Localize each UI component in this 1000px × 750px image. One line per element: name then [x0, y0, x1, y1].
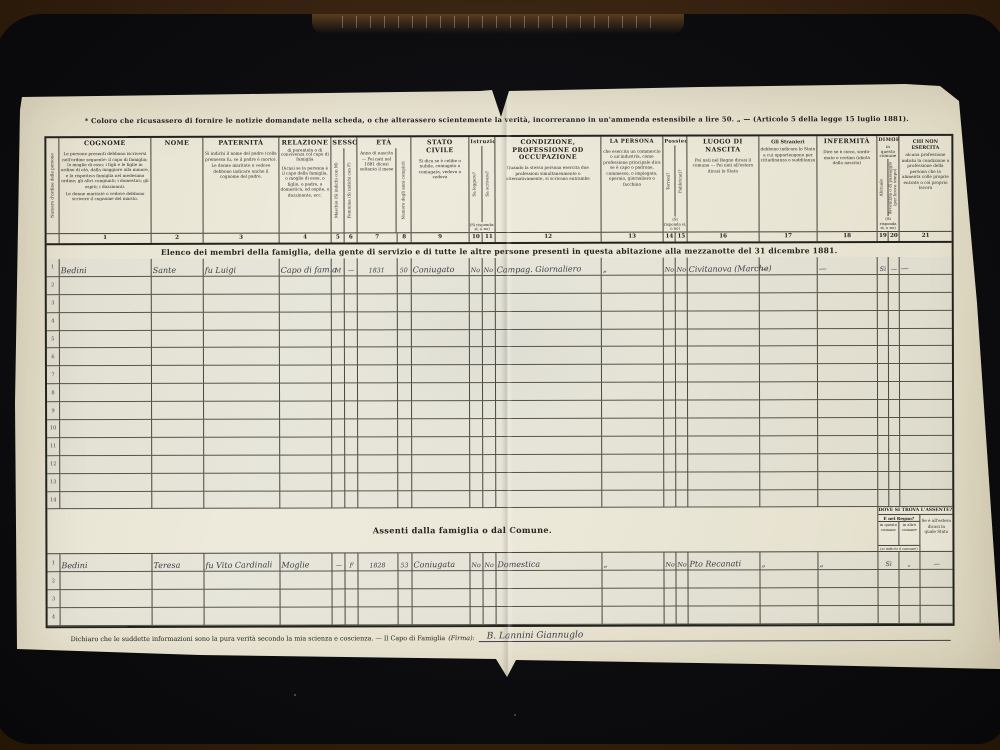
signature-line: B. Lannini Giannuglo	[479, 628, 951, 642]
data-cell	[602, 571, 664, 589]
stato-title: STATO CIVILE	[411, 137, 468, 155]
infermita-title: INFERMITÀ	[817, 136, 876, 147]
possiede-title: Possiede	[663, 137, 686, 146]
data-cell	[483, 365, 496, 383]
data-cell	[152, 402, 204, 420]
data-cell: —	[920, 552, 952, 570]
data-cell	[602, 401, 664, 419]
data-cell	[688, 571, 760, 589]
form-table: Numero d'ordine delle persone COGNOME Le…	[44, 134, 954, 629]
col-luogo-nascita-header: LUOGO DI NASCITA Pei nati nel Regno dica…	[687, 136, 759, 241]
data-cell	[60, 474, 152, 492]
data-cell	[281, 590, 333, 608]
data-cell	[60, 366, 152, 384]
column-number: 13	[602, 232, 663, 242]
handwritten-entry: No	[484, 267, 493, 274]
table-row: 4	[47, 311, 952, 331]
istruzione-title: Istruzione	[469, 137, 494, 146]
data-cell	[412, 572, 470, 590]
data-cell	[280, 437, 332, 455]
penalty-note: * Coloro che ricusassero di fornire le n…	[44, 115, 949, 125]
data-cell	[204, 276, 280, 294]
data-cell	[688, 275, 760, 293]
istruzione-note: (Si risponda: sì, o no)	[470, 222, 495, 232]
column-number: 7 8	[358, 232, 411, 242]
data-cell	[676, 454, 688, 472]
terreni-label: Terreni?	[666, 173, 671, 190]
handwritten-entry: Coniugato	[413, 265, 455, 275]
data-cell	[496, 347, 602, 365]
possiede-note: (Si risponda sì, o no)	[664, 217, 687, 232]
data-cell	[280, 455, 332, 473]
data-cell	[345, 348, 358, 366]
data-cell	[332, 294, 345, 312]
data-cell: „	[899, 552, 920, 570]
handwritten-entry: 1831	[369, 267, 385, 274]
data-cell	[602, 436, 664, 454]
handwritten-entry: fu Luigi	[205, 265, 236, 274]
handwritten-entry: —	[933, 561, 939, 568]
data-cell	[818, 418, 878, 436]
table-row: 11	[47, 436, 952, 456]
data-cell	[818, 570, 878, 588]
data-cell	[470, 312, 483, 330]
data-cell	[471, 608, 484, 626]
handwritten-entry: F	[349, 563, 353, 570]
luogo-desc: Pei nati nel Regno dicasi il comune — Pe…	[687, 154, 758, 231]
data-cell	[345, 330, 358, 348]
row-number-cell: 1	[47, 555, 60, 573]
data-cell	[889, 275, 900, 293]
data-cell	[398, 312, 412, 330]
data-cell	[280, 294, 332, 312]
relazione-subtitle: di parentela o di convivenza col capo di…	[279, 148, 330, 163]
handwritten-entry: Sì	[879, 266, 885, 273]
handwritten-entry: Domestica	[497, 560, 540, 570]
data-cell	[470, 383, 483, 401]
data-cell	[60, 456, 152, 474]
data-cell	[878, 382, 889, 400]
luogo-title: LUOGO DI NASCITA	[687, 136, 758, 154]
data-cell	[760, 490, 818, 508]
presenti-rows: 1BediniSantefu LuigiCapo di fam.aM—18315…	[47, 257, 953, 510]
data-cell	[280, 491, 332, 509]
data-cell	[689, 607, 761, 625]
cognome-title: COGNOME	[59, 138, 150, 149]
data-cell	[280, 366, 332, 384]
data-cell: —	[332, 554, 345, 572]
row-number-cell: 2	[47, 277, 60, 295]
data-cell	[496, 311, 602, 329]
data-cell	[358, 401, 398, 419]
col-cognome-header: COGNOME Le persone presenti debbono iscr…	[59, 138, 151, 243]
data-cell	[358, 312, 398, 330]
column-number: 10 11	[470, 232, 495, 242]
data-cell	[818, 346, 878, 364]
avventizia-label: Avventizia o di passaggio (per breve tem…	[888, 159, 898, 216]
data-cell	[60, 348, 152, 366]
eta-anno-desc: Anno di nascita — Pei nati nel 1881 dice…	[357, 148, 395, 233]
data-cell	[664, 275, 676, 293]
data-cell	[676, 472, 688, 490]
data-cell	[483, 437, 496, 455]
data-cell	[602, 472, 664, 490]
data-cell: 53	[398, 554, 412, 572]
column-number: 18	[818, 231, 877, 241]
column-number: 21	[900, 231, 952, 241]
data-cell	[345, 419, 358, 437]
data-cell	[664, 311, 676, 329]
handwritten-entry: 53	[401, 563, 409, 570]
data-cell	[664, 293, 676, 311]
data-cell	[760, 293, 818, 311]
data-cell	[358, 437, 398, 455]
data-cell	[676, 275, 688, 293]
data-cell	[889, 472, 900, 490]
data-cell	[358, 491, 398, 509]
data-cell	[676, 490, 688, 508]
data-cell	[152, 572, 204, 590]
dove-regno-group: È nel Regno? in questo comune in altro c…	[878, 515, 920, 551]
data-cell	[878, 364, 889, 382]
data-cell	[688, 311, 760, 329]
numero-label: Numero d'ordine delle persone	[50, 153, 55, 218]
data-cell	[760, 418, 818, 436]
data-cell	[664, 419, 676, 437]
data-cell	[900, 472, 952, 490]
data-cell	[280, 348, 332, 366]
handwritten-entry: „	[603, 265, 607, 274]
data-cell	[60, 313, 152, 331]
data-cell	[900, 454, 952, 472]
row-number-cell: 10	[47, 420, 60, 438]
data-cell	[280, 572, 332, 590]
col-possiede-header: Possiede Terreni? Fabbricati? (Si rispon…	[663, 137, 687, 242]
col-sesso-header: SESSO Maschio (Si indichi con M) Femmina…	[331, 137, 357, 242]
handwritten-entry: No	[677, 562, 686, 569]
data-cell	[688, 365, 760, 383]
handwritten-entry: No	[677, 266, 686, 273]
data-cell	[889, 329, 900, 347]
data-cell	[345, 455, 358, 473]
data-cell	[152, 473, 204, 491]
data-cell	[470, 419, 483, 437]
data-cell: Campag. Giornaliero	[496, 258, 602, 276]
table-row: 13	[47, 472, 952, 492]
data-cell	[483, 330, 496, 348]
data-cell	[398, 276, 412, 294]
data-cell	[483, 401, 496, 419]
row-number-cell: 7	[47, 367, 60, 385]
col-nome-header: NOME 2	[151, 138, 203, 243]
data-cell	[818, 382, 878, 400]
data-cell	[496, 365, 602, 383]
data-cell	[760, 275, 818, 293]
data-cell	[471, 590, 484, 608]
data-cell: Domestica	[496, 553, 602, 571]
data-cell	[398, 401, 412, 419]
table-row: 10	[47, 418, 952, 438]
data-cell	[358, 330, 398, 348]
handwritten-entry: Bedini	[61, 561, 87, 570]
data-cell: Civitanova (Marche)	[688, 257, 760, 275]
data-cell	[878, 472, 889, 490]
data-cell	[900, 606, 921, 624]
col-eta-header: ETÀ Anno di nascita — Pei nati nel 1881 …	[357, 137, 411, 242]
data-cell	[889, 346, 900, 364]
data-cell: „	[602, 553, 664, 571]
row-number-cell: 3	[48, 591, 61, 609]
data-cell	[900, 418, 952, 436]
data-cell	[496, 490, 602, 508]
row-number-cell: 12	[47, 456, 60, 474]
data-cell	[60, 330, 152, 348]
table-row: 8	[47, 382, 952, 402]
data-cell	[676, 419, 688, 437]
data-cell	[470, 491, 483, 509]
assenti-title: Assenti dalla famiglia o dal Comune.	[373, 525, 552, 535]
data-cell	[152, 348, 204, 366]
paternita-title: PATERNITÀ	[203, 138, 278, 149]
data-cell	[900, 346, 952, 364]
data-cell	[153, 590, 205, 608]
data-cell	[61, 608, 153, 626]
data-cell	[332, 384, 345, 402]
data-cell	[470, 294, 483, 312]
row-number-cell: 1	[47, 259, 60, 277]
column-number: 1	[60, 233, 151, 243]
data-cell	[61, 590, 153, 608]
data-cell	[153, 608, 205, 626]
assenti-band: Assenti dalla famiglia o dal Comune. DOV…	[47, 507, 952, 554]
data-cell	[483, 473, 496, 491]
data-cell	[689, 589, 761, 607]
data-cell	[483, 383, 496, 401]
data-cell	[688, 418, 760, 436]
data-cell	[152, 366, 204, 384]
data-cell	[412, 473, 470, 491]
data-cell	[412, 365, 470, 383]
chi-non-esercita-desc: CHI NON ESERCITA alcuna professione indi…	[899, 136, 951, 231]
data-cell	[900, 400, 952, 418]
data-cell	[483, 455, 496, 473]
handwritten-entry: Pto Recanati	[689, 560, 741, 570]
handwritten-entry: No	[665, 562, 674, 569]
handwritten-entry: —	[819, 264, 827, 273]
table-row: 1BediniSantefu LuigiCapo di fam.aM—18315…	[47, 257, 952, 277]
stato-desc: Si dica se è celibe o nubile, coniugato …	[411, 155, 468, 232]
la-persona-title: LA PERSONA	[601, 137, 662, 147]
data-cell	[818, 275, 878, 293]
data-cell: —	[818, 257, 878, 275]
handwritten-entry: M	[334, 267, 341, 274]
col-dimora-header: DIMORA in questo comune Abituale Avventi…	[877, 136, 899, 241]
table-row: 9	[47, 400, 952, 420]
declaration-text: Dichiaro che le suddette informazioni so…	[46, 634, 446, 643]
data-cell	[602, 365, 664, 383]
data-cell	[900, 364, 952, 382]
data-cell	[204, 366, 280, 384]
col-stato-civile-header: STATO CIVILE Si dica se è celibe o nubil…	[411, 137, 469, 242]
data-cell	[345, 437, 358, 455]
data-cell	[332, 419, 345, 437]
data-cell	[412, 294, 470, 312]
col-paternita-header: PATERNITÀ Si indichi il nome del padre (…	[203, 138, 279, 243]
data-cell	[358, 294, 398, 312]
data-cell	[333, 608, 346, 626]
data-cell	[332, 402, 345, 420]
handwritten-entry: No	[471, 267, 480, 274]
data-cell	[483, 571, 496, 589]
data-cell	[496, 419, 602, 437]
data-cell	[332, 312, 345, 330]
table-row: 6	[47, 346, 952, 366]
data-cell	[358, 366, 398, 384]
data-cell	[676, 329, 688, 347]
data-cell	[332, 572, 345, 590]
data-cell: Sante	[152, 259, 204, 277]
data-cell	[496, 437, 602, 455]
data-cell	[484, 607, 497, 625]
data-cell	[688, 472, 760, 490]
data-cell	[900, 275, 952, 293]
data-cell	[152, 295, 204, 313]
data-cell	[280, 419, 332, 437]
data-cell	[345, 402, 358, 420]
data-cell	[359, 608, 399, 626]
data-cell	[398, 383, 412, 401]
data-cell	[358, 455, 398, 473]
data-cell	[345, 384, 358, 402]
data-cell	[889, 490, 900, 508]
row-number-cell: 6	[47, 349, 60, 367]
handwritten-entry: fu Vito Cardinali	[205, 561, 272, 571]
data-cell	[496, 455, 602, 473]
data-cell	[665, 607, 677, 625]
data-cell	[333, 590, 346, 608]
census-form: * Coloro che ricusassero di fornire le n…	[14, 82, 1000, 685]
cognome-desc: Le persone presenti debbono iscriversi n…	[59, 148, 150, 233]
data-cell	[60, 438, 152, 456]
data-cell	[602, 329, 664, 347]
census-photo: * Coloro che ricusassero di fornire le n…	[0, 0, 1000, 750]
data-cell	[483, 312, 496, 330]
data-cell	[496, 401, 602, 419]
data-cell	[878, 490, 889, 508]
data-cell	[358, 384, 398, 402]
data-cell: Sì	[878, 552, 899, 570]
data-cell	[204, 491, 280, 509]
data-cell	[602, 490, 664, 508]
in-questo-comune-label: in questo comune	[878, 522, 898, 545]
data-cell: Sì	[878, 257, 889, 275]
data-cell: Capo di fam.a	[280, 258, 332, 276]
data-cell	[413, 608, 471, 626]
data-cell	[359, 590, 399, 608]
data-cell	[332, 330, 345, 348]
handwritten-entry: Bedini	[61, 266, 87, 275]
data-cell: Coniugata	[412, 554, 470, 572]
data-cell	[483, 491, 496, 509]
row-number-cell: 13	[47, 474, 60, 492]
data-cell	[818, 472, 878, 490]
table-row: 4	[48, 606, 953, 626]
col-stranieri-header: Gli Stranieri debbono indicare lo Stato …	[759, 136, 817, 241]
data-cell	[664, 401, 676, 419]
ruler-ticks	[342, 16, 652, 28]
data-cell	[60, 572, 152, 590]
data-cell: 50	[398, 258, 412, 276]
data-cell	[470, 330, 483, 348]
board-top-notch	[312, 14, 684, 34]
data-cell: Coniugato	[412, 258, 470, 276]
la-persona-desc: che esercita un commercio o un'industria…	[601, 146, 662, 232]
data-cell	[204, 473, 280, 491]
estero-label: Se è all'estero dicasi in quale Stato	[920, 515, 952, 551]
handwritten-entry: Civitanova (Marche)	[689, 264, 772, 274]
data-cell	[900, 328, 952, 346]
column-number: 14 15	[664, 232, 687, 242]
handwritten-entry: —	[901, 264, 909, 273]
declaration-line: Dichiaro che le suddette informazioni so…	[46, 628, 951, 643]
data-cell: „	[818, 552, 878, 570]
data-cell	[602, 383, 664, 401]
data-cell	[603, 607, 665, 625]
data-cell	[889, 454, 900, 472]
data-cell	[664, 383, 676, 401]
data-cell	[921, 606, 953, 624]
data-cell	[818, 454, 878, 472]
data-cell	[345, 294, 358, 312]
data-cell	[280, 384, 332, 402]
handwritten-entry: Teresa	[153, 561, 180, 570]
data-cell	[484, 589, 497, 607]
data-cell	[332, 348, 345, 366]
data-cell	[60, 384, 152, 402]
data-cell	[878, 570, 899, 588]
eta-anni-label: Numero degli anni compiuti	[401, 161, 406, 219]
data-cell: fu Vito Cardinali	[204, 554, 280, 572]
data-cell	[398, 572, 412, 590]
data-cell	[664, 454, 676, 472]
data-cell	[204, 420, 280, 438]
data-cell	[900, 293, 952, 311]
handwritten-entry: „	[908, 561, 911, 568]
data-cell	[879, 588, 900, 606]
data-cell: No	[483, 258, 496, 276]
data-cell	[60, 295, 152, 313]
handwritten-entry: —	[761, 264, 769, 273]
data-cell	[818, 490, 878, 508]
data-cell	[818, 364, 878, 382]
nome-title: NOME	[151, 138, 202, 149]
condizione-title: CONDIZIONE, PROFESSIONE OD OCCUPAZIONE	[495, 137, 600, 163]
data-cell	[332, 455, 345, 473]
stranieri-desc: Gli Stranieri debbono indicare lo Stato …	[759, 136, 816, 231]
data-cell	[412, 330, 470, 348]
data-cell	[398, 437, 412, 455]
data-cell	[760, 382, 818, 400]
handwritten-entry: —	[335, 563, 341, 570]
data-cell	[760, 454, 818, 472]
data-cell	[676, 401, 688, 419]
column-number: 17	[760, 231, 817, 241]
data-cell: —	[900, 257, 952, 275]
row-number-cell: 11	[47, 438, 60, 456]
data-cell	[688, 347, 760, 365]
data-cell	[900, 311, 952, 329]
data-cell	[204, 384, 280, 402]
